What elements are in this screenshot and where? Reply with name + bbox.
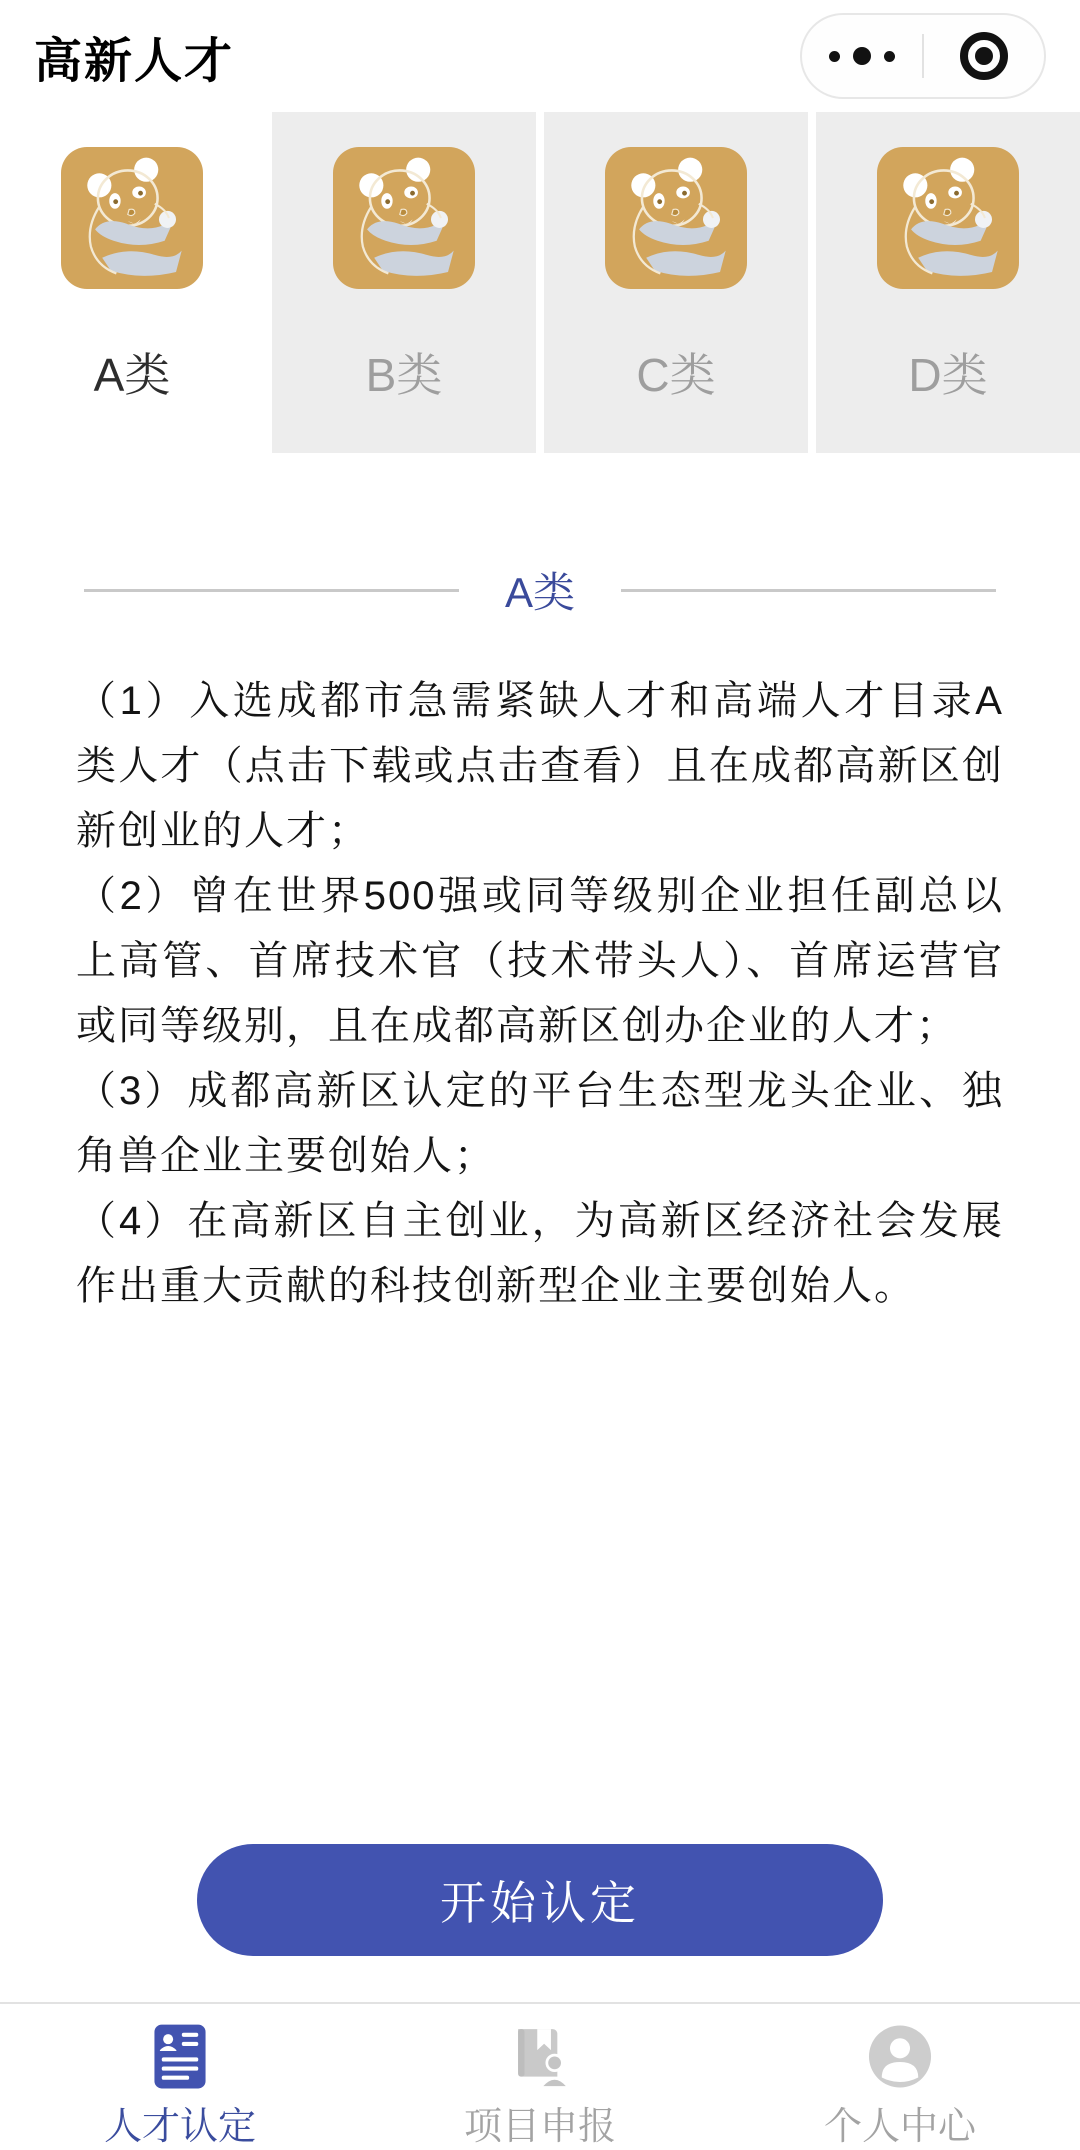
section-title: A类 (505, 560, 575, 620)
right-rule (621, 589, 996, 592)
tab-b-label: B类 (366, 339, 443, 405)
criteria-item-3: （3）成都高新区认定的平台生态型龙头企业、独角兽企业主要创始人； (76, 1059, 1004, 1189)
category-tabs: A类 B类 C类 D类 (0, 112, 1080, 453)
tab-a[interactable]: A类 (0, 112, 264, 453)
panda-icon (333, 147, 475, 289)
criteria-item-2: （2）曾在世界500强或同等级别企业担任副总以上高管、首席技术官（技术带头人）、… (76, 864, 1004, 1059)
panda-icon (605, 147, 747, 289)
left-rule (84, 589, 459, 592)
criteria-item-1: （1）入选成都市急需紧缺人才和高端人才目录A类人才（点击下载或点击查看）且在成都… (76, 669, 1004, 864)
section-header: A类 (0, 561, 1080, 619)
mini-program-page: 高新人才 A类 B类 C类 D类 (0, 0, 1080, 2150)
three-dots-icon (829, 47, 895, 65)
tabbar-profile-label: 个人中心 (824, 2095, 976, 2150)
tabbar-talent-label: 人才认定 (104, 2095, 256, 2150)
tab-a-label: A类 (94, 339, 171, 405)
panda-icon (61, 147, 203, 289)
panda-icon (877, 147, 1019, 289)
criteria-item-4: （4）在高新区自主创业，为高新区经济社会发展作出重大贡献的科技创新型企业主要创始… (76, 1189, 1004, 1319)
navbar: 高新人才 (0, 0, 1080, 112)
tab-d-label: D类 (908, 339, 987, 405)
tabbar-project-label: 项目申报 (464, 2095, 616, 2150)
wechat-capsule (800, 13, 1046, 99)
tabbar: 人才认定 项目申报 个人中心 (0, 2002, 1080, 2150)
tab-b[interactable]: B类 (272, 112, 536, 453)
criteria-text: （1）入选成都市急需紧缺人才和高端人才目录A类人才（点击下载或点击查看）且在成都… (76, 669, 1004, 1319)
more-icon[interactable] (802, 15, 922, 97)
person-circle-icon (857, 2020, 943, 2093)
tab-d[interactable]: D类 (816, 112, 1080, 453)
tabbar-item-talent[interactable]: 人才认定 (0, 2004, 360, 2150)
exit-icon[interactable] (924, 15, 1044, 97)
tabbar-item-project[interactable]: 项目申报 (360, 2004, 720, 2150)
page-title: 高新人才 (34, 22, 234, 91)
tab-c[interactable]: C类 (544, 112, 808, 453)
tab-c-label: C类 (636, 339, 715, 405)
id-card-icon (137, 2020, 223, 2093)
project-book-icon (497, 2020, 583, 2093)
start-certification-button[interactable]: 开始认定 (197, 1844, 883, 1956)
tabbar-item-profile[interactable]: 个人中心 (720, 2004, 1080, 2150)
target-circle-icon (960, 32, 1008, 80)
